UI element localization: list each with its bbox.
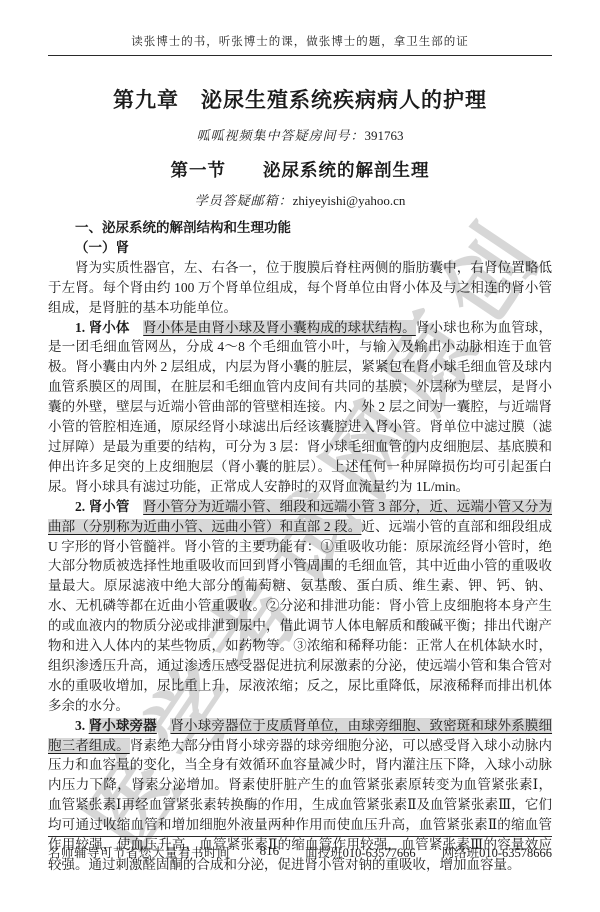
document-page: 医学考试网原创 读张博士的书，听张博士的课，做张博士的题，拿卫生部的证 第九章 … [0,0,600,912]
video-room-number: 391763 [365,128,404,143]
page-number: 816 [260,843,280,859]
email-label: 学员答疑邮箱： [195,193,293,208]
video-room-label: 呱呱视频集中答疑房间号： [196,128,364,143]
video-room-line: 呱呱视频集中答疑房间号：391763 [48,125,552,144]
text-run: 肾为实质性器官，左、右各一，位于腹膜后脊柱两侧的脂肪囊中，右肾位置略低于左肾。每… [48,260,552,315]
body-paragraphs: 肾为实质性器官，左、右各一，位于腹膜后脊柱两侧的脂肪囊中，右肾位置略低于左肾。每… [48,258,552,875]
text-run [130,499,144,514]
text-run: 1. 肾小体 [75,320,130,335]
body-paragraph: 2. 肾小管 肾小管分为近端小管、细段和远端小管 3 部分，近、远端小管又分为曲… [48,497,552,716]
text-run: 肾小体是由肾小球及肾小囊构成的球状结构。 [143,320,416,335]
header-rule [48,55,552,56]
text-run: 3. [75,718,89,733]
text-run: 肾小球旁器 [89,718,157,733]
section-title: 第一节 泌尿系统的解剖生理 [48,157,552,182]
text-run [157,718,171,733]
email-line: 学员答疑邮箱：zhiyeyishi@yahoo.cn [48,190,552,209]
body-paragraph: 1. 肾小体 肾小体是由肾小球及肾小囊构成的球状结构。肾小球也称为血管球，是一团… [48,318,552,497]
text-run: 2. 肾小管 [75,499,130,514]
body-heading-2: （一）肾 [48,238,552,258]
text-run: 近、远端小管的直部和细段组成 U 字形的肾小管髓袢。肾小管的主要功能有：①重吸收… [48,519,552,713]
body-text: 一、泌尿系统的解剖结构和生理功能 （一）肾 肾为实质性器官，左、右各一，位于腹膜… [48,218,552,875]
footer-slogan: 名师辅导可节省您大量看书时间 [48,843,260,861]
text-run [130,320,144,335]
header-slogan: 读张博士的书，听张博士的课，做张博士的题，拿卫生部的证 [48,0,552,49]
footer-phone-onsite: 面授班010-63577666 [305,843,415,861]
chapter-title: 第九章 泌尿生殖系统疾病病人的护理 [48,84,552,114]
footer-phone-online: 网络班010-63578666 [442,843,552,861]
body-paragraph: 肾为实质性器官，左、右各一，位于腹膜后脊柱两侧的脂肪囊中，右肾位置略低于左肾。每… [48,258,552,318]
body-heading-1: 一、泌尿系统的解剖结构和生理功能 [48,218,552,238]
text-run: 肾小球也称为血管球，是一团毛细血管网丛，分成 4～8 个毛细血管小叶，与输入及输… [48,320,552,494]
page-footer: 名师辅导可节省您大量看书时间 816 面授班010-63577666 网络班01… [48,836,552,861]
email-address: zhiyeyishi@yahoo.cn [293,193,406,208]
